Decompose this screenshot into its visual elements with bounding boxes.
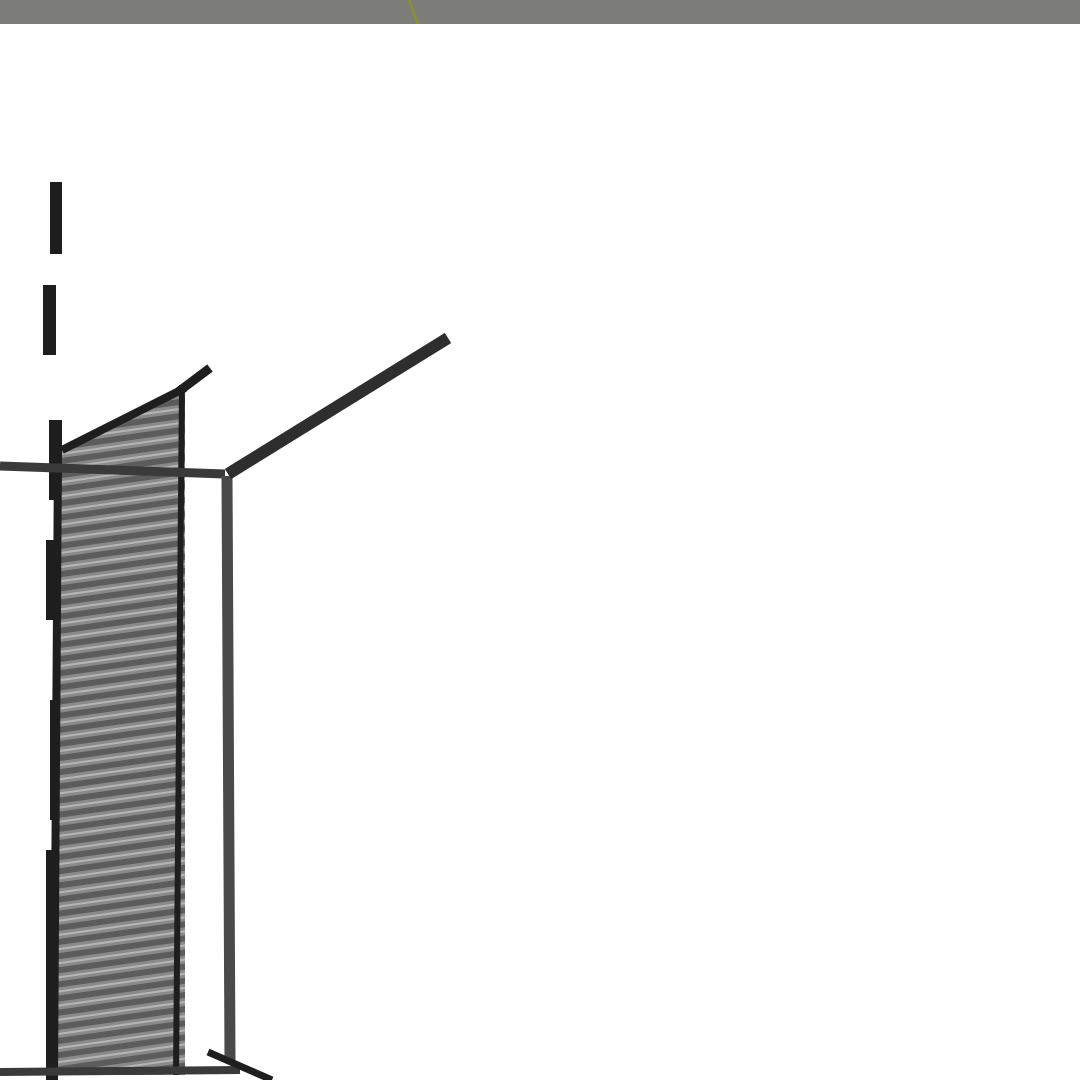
pencil-sketch <box>0 0 1080 1080</box>
